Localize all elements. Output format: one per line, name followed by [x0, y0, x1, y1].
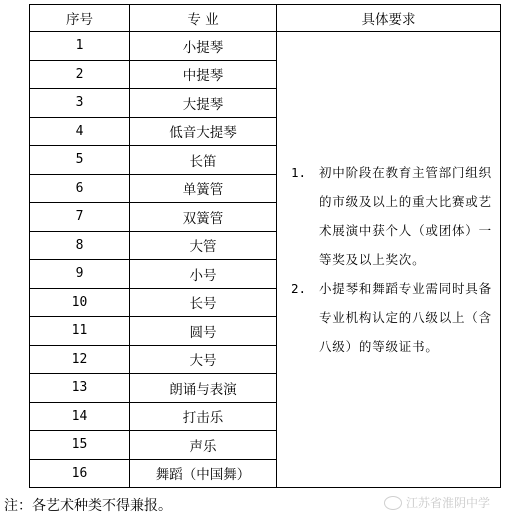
- requirement-item: 2.小提琴和舞蹈专业需同时具备专业机构认定的八级以上（含八级）的等级证书。: [291, 274, 492, 361]
- row-number: 14: [30, 402, 130, 431]
- row-major: 声乐: [130, 431, 277, 460]
- requirement-index: 1.: [291, 158, 319, 274]
- row-major: 舞蹈（中国舞）: [130, 459, 277, 488]
- row-number: 6: [30, 174, 130, 203]
- row-major: 低音大提琴: [130, 117, 277, 146]
- row-major: 长笛: [130, 146, 277, 175]
- row-major: 大管: [130, 231, 277, 260]
- header-number: 序号: [30, 5, 130, 32]
- requirement-text: 小提琴和舞蹈专业需同时具备专业机构认定的八级以上（含八级）的等级证书。: [319, 274, 492, 361]
- row-number: 4: [30, 117, 130, 146]
- row-number: 15: [30, 431, 130, 460]
- row-major: 朗诵与表演: [130, 374, 277, 403]
- row-number: 11: [30, 317, 130, 346]
- footnote: 注：各艺术种类不得兼报。: [4, 495, 172, 515]
- row-number: 13: [30, 374, 130, 403]
- header-major: 专 业: [130, 5, 277, 32]
- table-row: 1小提琴1.初中阶段在教育主管部门组织的市级及以上的重大比赛或艺术展演中获个人（…: [30, 32, 501, 61]
- row-number: 3: [30, 89, 130, 118]
- row-major: 大提琴: [130, 89, 277, 118]
- table-header-row: 序号 专 业 具体要求: [30, 5, 501, 32]
- row-major: 单簧管: [130, 174, 277, 203]
- row-number: 2: [30, 60, 130, 89]
- row-major: 圆号: [130, 317, 277, 346]
- requirement-item: 1.初中阶段在教育主管部门组织的市级及以上的重大比赛或艺术展演中获个人（或团体）…: [291, 158, 492, 274]
- row-major: 大号: [130, 345, 277, 374]
- watermark-text: 江苏省淮阴中学: [406, 494, 490, 511]
- row-number: 7: [30, 203, 130, 232]
- requirement-index: 2.: [291, 274, 319, 361]
- row-number: 10: [30, 288, 130, 317]
- row-major: 中提琴: [130, 60, 277, 89]
- row-number: 9: [30, 260, 130, 289]
- row-major: 小提琴: [130, 32, 277, 61]
- row-major: 双簧管: [130, 203, 277, 232]
- wechat-icon: [384, 496, 402, 510]
- row-major: 长号: [130, 288, 277, 317]
- row-number: 12: [30, 345, 130, 374]
- row-number: 1: [30, 32, 130, 61]
- header-requirements: 具体要求: [277, 5, 501, 32]
- requirements-cell: 1.初中阶段在教育主管部门组织的市级及以上的重大比赛或艺术展演中获个人（或团体）…: [277, 32, 501, 488]
- row-major: 打击乐: [130, 402, 277, 431]
- majors-table: 序号 专 业 具体要求 1小提琴1.初中阶段在教育主管部门组织的市级及以上的重大…: [29, 4, 501, 488]
- requirement-text: 初中阶段在教育主管部门组织的市级及以上的重大比赛或艺术展演中获个人（或团体）一等…: [319, 158, 492, 274]
- row-number: 16: [30, 459, 130, 488]
- watermark: 江苏省淮阴中学: [384, 494, 490, 511]
- row-number: 5: [30, 146, 130, 175]
- row-major: 小号: [130, 260, 277, 289]
- row-number: 8: [30, 231, 130, 260]
